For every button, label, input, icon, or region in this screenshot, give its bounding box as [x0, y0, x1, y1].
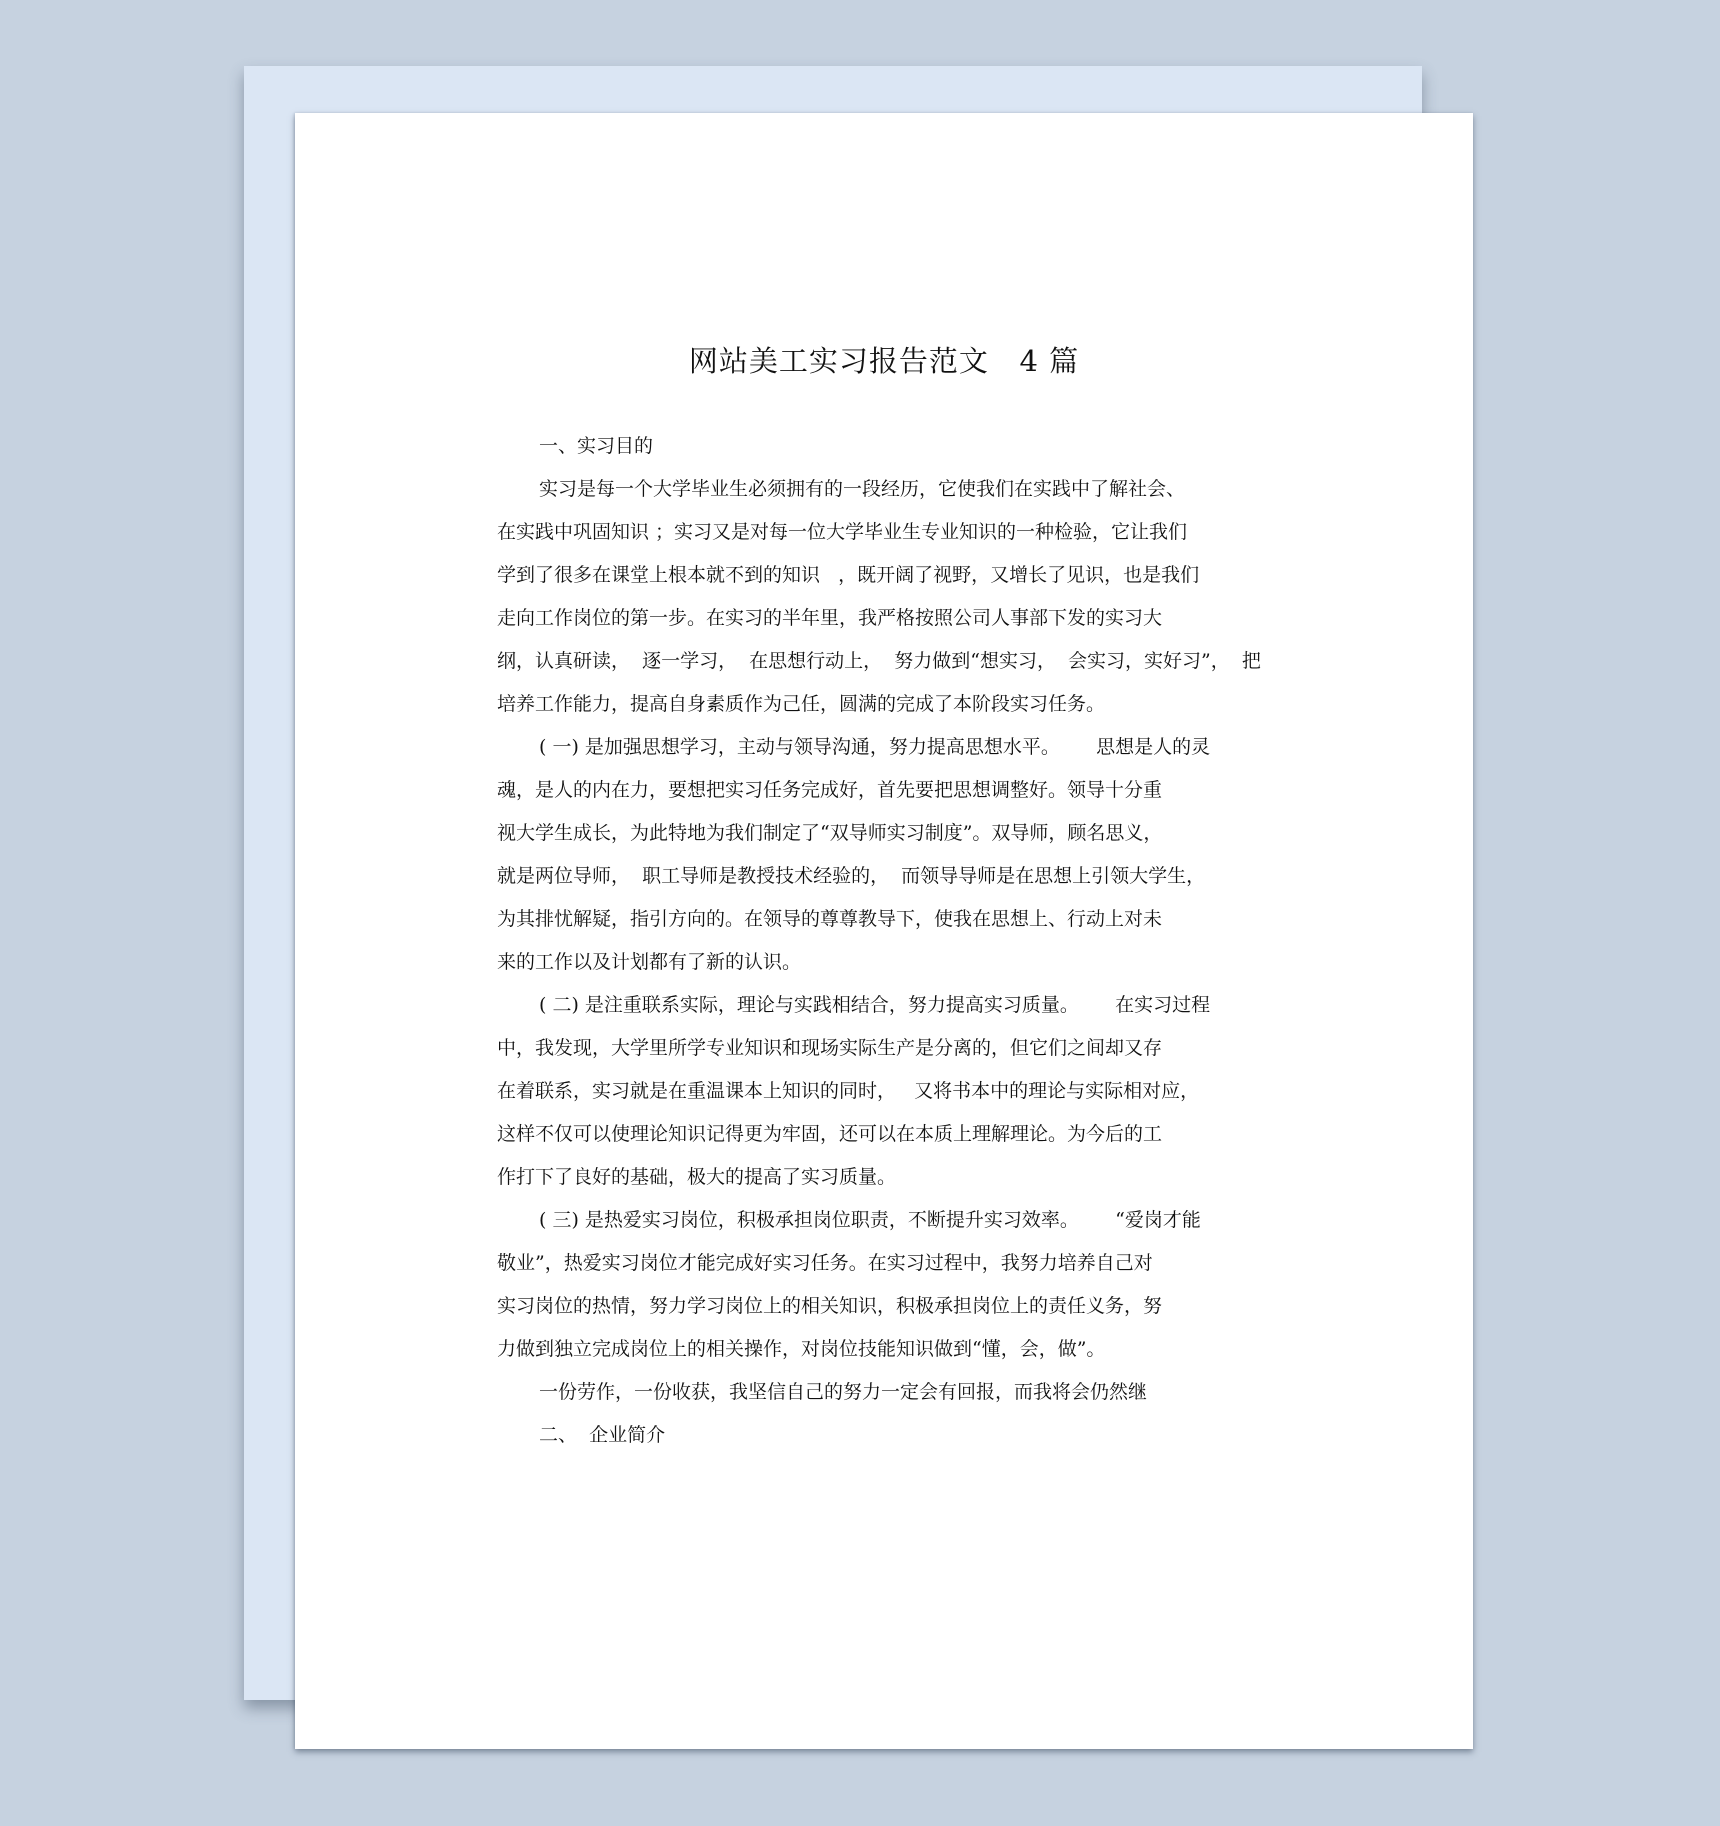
paragraph-line: 实习岗位的热情，努力学习岗位上的相关知识，积极承担岗位上的责任义务，努 [497, 1285, 1277, 1328]
page-title: 网站美工实习报告范文 4 篇 [295, 339, 1473, 380]
paragraph-line: 来的工作以及计划都有了新的认识。 [497, 941, 1277, 984]
paragraph-line: 中，我发现，大学里所学专业知识和现场实际生产是分离的，但它们之间却又存 [497, 1027, 1277, 1070]
paragraph-line: ( 三) 是热爱实习岗位，积极承担岗位职责，不断提升实习效率。 “爱岗才能 [497, 1199, 1277, 1242]
paragraph-line: 一份劳作，一份收获，我坚信自己的努力一定会有回报，而我将会仍然继 [497, 1371, 1277, 1414]
section-heading: 二、 企业简介 [497, 1414, 1277, 1457]
paragraph-line: 魂，是人的内在力，要想把实习任务完成好，首先要把思想调整好。领导十分重 [497, 769, 1277, 812]
paragraph-line: 作打下了良好的基础，极大的提高了实习质量。 [497, 1156, 1277, 1199]
paragraph-line: 在实践中巩固知识 ；实习又是对每一位大学毕业生专业知识的一种检验，它让我们 [497, 511, 1277, 554]
paragraph-line: 走向工作岗位的第一步。在实习的半年里，我严格按照公司人事部下发的实习大 [497, 597, 1277, 640]
document-page: 网站美工实习报告范文 4 篇 一、实习目的 实习是每一个大学毕业生必须拥有的一段… [295, 113, 1473, 1749]
paragraph-line: 学到了很多在课堂上根本就不到的知识 ，既开阔了视野，又增长了见识，也是我们 [497, 554, 1277, 597]
section-heading: 一、实习目的 [497, 425, 1277, 468]
paragraph-line: 力做到独立完成岗位上的相关操作，对岗位技能知识做到“懂，会，做”。 [497, 1328, 1277, 1371]
paragraph-line: 实习是每一个大学毕业生必须拥有的一段经历，它使我们在实践中了解社会、 [497, 468, 1277, 511]
paragraph-line: ( 一) 是加强思想学习，主动与领导沟通，努力提高思想水平。 思想是人的灵 [497, 726, 1277, 769]
paragraph-line: ( 二) 是注重联系实际，理论与实践相结合，努力提高实习质量。 在实习过程 [497, 984, 1277, 1027]
paragraph-line: 敬业”，热爱实习岗位才能完成好实习任务。在实习过程中，我努力培养自己对 [497, 1242, 1277, 1285]
paragraph-line: 在着联系，实习就是在重温课本上知识的同时， 又将书本中的理论与实际相对应， [497, 1070, 1277, 1113]
paragraph-line: 就是两位导师， 职工导师是教授技术经验的， 而领导导师是在思想上引领大学生， [497, 855, 1277, 898]
paragraph-line: 纲，认真研读， 逐一学习， 在思想行动上， 努力做到“想实习， 会实习，实好习”… [497, 640, 1277, 683]
paragraph-line: 为其排忧解疑，指引方向的。在领导的尊尊教导下，使我在思想上、行动上对未 [497, 898, 1277, 941]
paragraph-line: 这样不仅可以使理论知识记得更为牢固，还可以在本质上理解理论。为今后的工 [497, 1113, 1277, 1156]
paragraph-line: 视大学生成长，为此特地为我们制定了“双导师实习制度”。双导师，顾名思义， [497, 812, 1277, 855]
document-body: 一、实习目的 实习是每一个大学毕业生必须拥有的一段经历，它使我们在实践中了解社会… [497, 425, 1277, 1457]
paragraph-line: 培养工作能力，提高自身素质作为己任，圆满的完成了本阶段实习任务。 [497, 683, 1277, 726]
